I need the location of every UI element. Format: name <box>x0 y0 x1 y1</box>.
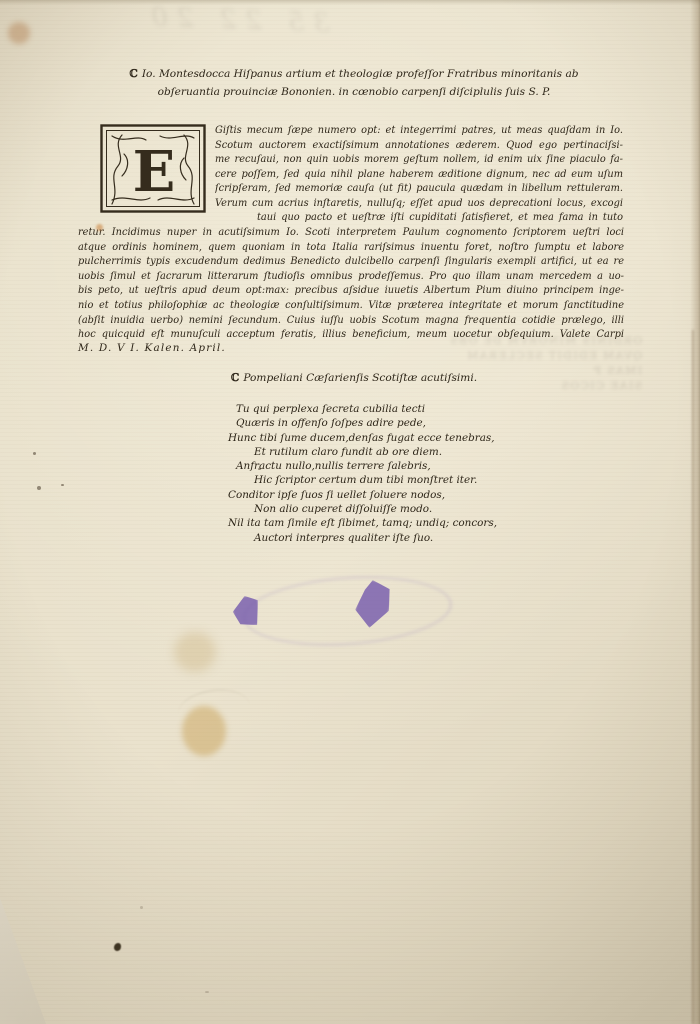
poem-line: Tu qui perplexa ſecreta cubilia tecti <box>236 402 497 416</box>
page-edge-shadow <box>0 0 700 5</box>
heading-line-2: obſeruantia prouinciæ Bononien. in cœnob… <box>80 84 628 102</box>
poem-line: Non alio cuperet diſſoluiſſe modo. <box>254 502 497 516</box>
verso-show-through: ORDINIS MINORVM DE OBS QVAM EDIDIT SECLE… <box>358 334 642 394</box>
epigram-poem: Tu qui perplexa ſecreta cubilia tecti Qu… <box>228 402 497 545</box>
letter-line: Verum cum acrius inſtaretis, nulluſq; eſ… <box>215 197 623 212</box>
foxing-spot <box>8 22 30 44</box>
poem-line: Anfractu nullo,nullis terrere ſalebris, <box>236 459 497 473</box>
book-page: 35 22 20 ℂIo. Montesdocca Hiſpanus artiu… <box>0 0 700 1024</box>
letter-date-line: M. D. V I. Kalen. April. <box>78 342 226 354</box>
ink-speck <box>140 906 143 909</box>
letter-line: pulcherrimis typis excudendum dedimus Be… <box>78 255 624 270</box>
letter-line: Giſtis mecum ſæpe numero opt: et integer… <box>215 124 623 139</box>
page-corner-fold <box>0 898 46 1024</box>
letter-line: bis peto, ut ueſtris apud deum opt:max: … <box>78 284 624 299</box>
poem-line: Hic ſcriptor certum dum tibi monſtret it… <box>254 473 497 487</box>
letter-line: Scotum auctorem exactiſsimum annotatione… <box>215 139 623 154</box>
initial-letter: E <box>133 139 176 205</box>
ink-speck <box>258 468 261 470</box>
foxing-spot <box>96 224 103 231</box>
poem-line: Hunc tibi ſume ducem,denſas fugat ecce t… <box>228 431 497 445</box>
dedication-heading: ℂIo. Montesdocca Hiſpanus artium et theo… <box>80 66 628 101</box>
poem-line: Quæris in offenſo ſoſpes adire pede, <box>236 416 497 430</box>
ink-speck <box>205 991 209 993</box>
poem-line: Conditor ipſe ſuos ſi uellet ſoluere nod… <box>228 488 497 502</box>
paper-stain <box>174 632 216 672</box>
poem-line: Nil ita tam ſimile eſt ſibimet, tamq; un… <box>228 516 497 530</box>
library-stamp-outline <box>241 570 454 652</box>
ink-speck <box>33 452 36 455</box>
letter-paragraph-full: retur. Incidimus nuper in acutiſsimum Io… <box>78 226 624 343</box>
letter-line: atque ordinis hominem, quem quoniam in t… <box>78 241 624 256</box>
poem-line: Et rutilum claro fundit ab ore diem. <box>254 445 497 459</box>
letter-line: retur. Incidimus nuper in acutiſsimum Io… <box>78 226 624 241</box>
letter-paragraph-indented: Giſtis mecum ſæpe numero opt: et integer… <box>215 124 623 212</box>
paragraph-mark-icon: ℂ <box>231 372 243 384</box>
top-inscription-show-through: 35 22 20 <box>70 0 331 39</box>
ink-speck <box>61 484 64 486</box>
heading-text: Io. Montesdocca Hiſpanus artium et theol… <box>142 68 579 80</box>
woodcut-initial-frame: E <box>100 124 206 213</box>
paragraph-mark-icon: ℂ <box>129 68 141 80</box>
letter-line: cere poſſem, ſed quia nihil plane habere… <box>215 168 623 183</box>
woodcut-initial: E <box>100 124 206 213</box>
poem-line: Auctori interpres qualiter iſte ſuo. <box>254 531 497 545</box>
letter-line: me recuſaui, non quin uobis morem geſtum… <box>215 153 623 168</box>
ink-speck <box>114 943 121 951</box>
epigram-heading: ℂPompeliani Cæſarienſis Scotiſtæ acutiſs… <box>80 372 628 384</box>
page-edge-shadow <box>690 0 700 1024</box>
heading-line-1: ℂIo. Montesdocca Hiſpanus artium et theo… <box>80 66 628 84</box>
letter-line: (abſit inuidia uerbo) nemini ſecundum. C… <box>78 314 624 329</box>
letter-line: ſcripſeram, ſed memoriæ cauſa (ut fit) p… <box>215 182 623 197</box>
letter-line: uobis ſimul et ſacrarum litterarum ſtudi… <box>78 270 624 285</box>
letter-line: nio et totius philoſophiæ ac theologiæ c… <box>78 299 624 314</box>
epigram-heading-text: Pompeliani Cæſarienſis Scotiſtæ acutiſsi… <box>243 372 477 384</box>
letter-hang-line: taui quo pacto et ueſtræ iſti cupiditati… <box>257 211 623 226</box>
ink-speck <box>37 486 41 490</box>
